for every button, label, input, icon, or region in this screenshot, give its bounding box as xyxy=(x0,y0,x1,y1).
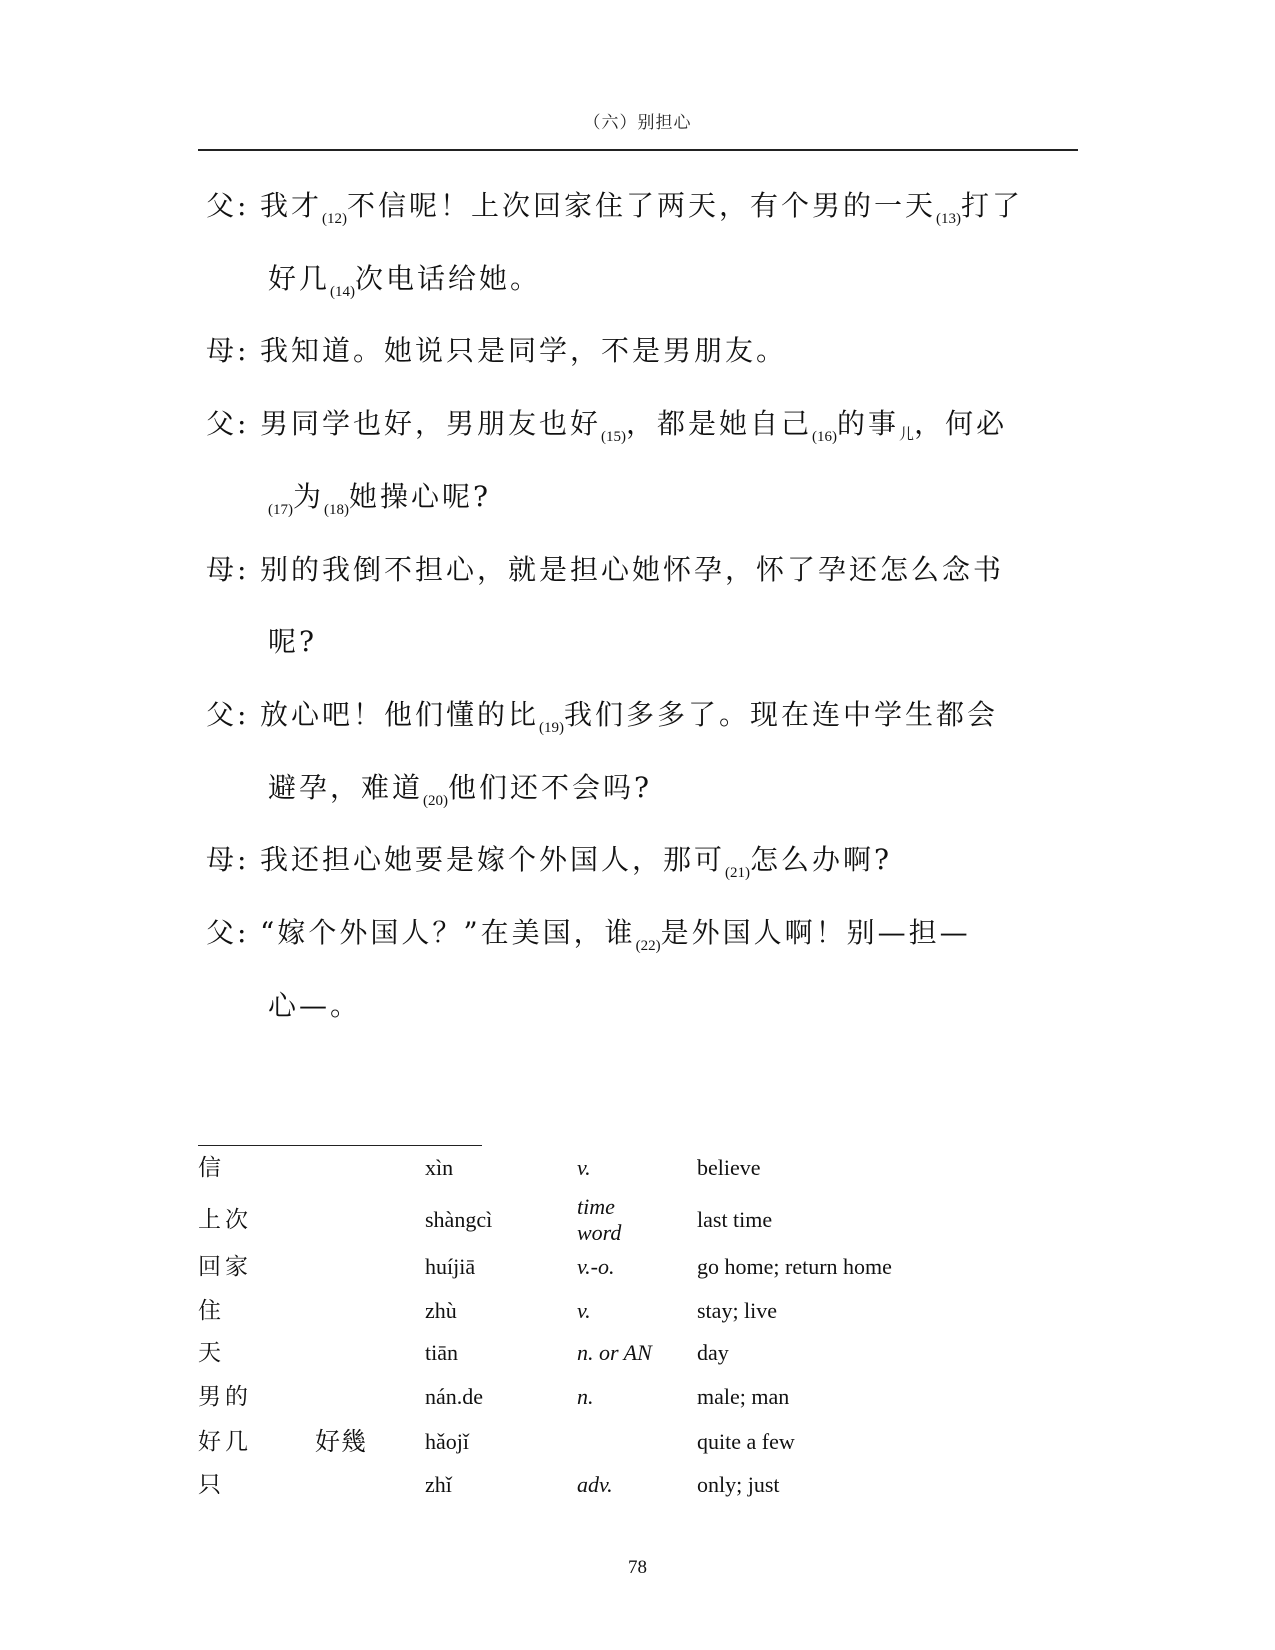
speaker-label: 母: xyxy=(206,331,260,371)
vocab-simplified: 信 xyxy=(198,1148,225,1188)
vocab-definition: last time xyxy=(697,1200,772,1240)
vocab-definition: day xyxy=(697,1333,729,1373)
speaker-label: 父: xyxy=(206,186,260,226)
note-marker: (20) xyxy=(423,793,448,809)
vocab-simplified: 只 xyxy=(198,1465,225,1505)
vocab-pinyin: xìn xyxy=(425,1148,453,1188)
speaker-label: 母: xyxy=(206,840,260,880)
dialogue-text-segment: 是外国人啊！别—担— xyxy=(661,916,971,949)
erhua-subscript: 儿 xyxy=(899,425,914,443)
dialogue-text-segment: 好几 xyxy=(268,262,330,295)
dialogue-text-segment: 放心吧！他们懂的比 xyxy=(260,698,539,731)
note-marker: (17) xyxy=(268,502,293,518)
vocab-pinyin: zhǐ xyxy=(425,1465,452,1505)
speaker-label: 父: xyxy=(206,695,260,735)
note-marker: (18) xyxy=(324,502,349,518)
vocab-definition: only; just xyxy=(697,1465,780,1505)
dialogue-line-continuation: 避孕，难道(20)他们还不会吗? xyxy=(268,768,652,808)
dialogue-line: 母:我还担心她要是嫁个外国人，那可(21)怎么办啊? xyxy=(206,840,892,880)
vocab-row: 天 tiān n. or AN day xyxy=(198,1333,1098,1373)
dialogue-line: 母:我知道。她说只是同学，不是男朋友。 xyxy=(206,331,787,371)
dialogue-text-segment: 我才 xyxy=(260,189,322,222)
vocab-part-of-speech: v.-o. xyxy=(577,1247,614,1287)
note-marker: (19) xyxy=(539,720,564,736)
pos-line-1: time xyxy=(577,1194,615,1219)
dialogue-text-segment: 他们还不会吗? xyxy=(448,771,652,804)
dialogue-line-continuation: 呢? xyxy=(268,622,317,662)
note-marker: (15) xyxy=(601,429,626,445)
dialogue-line-continuation: (17)为(18)她操心呢? xyxy=(268,477,491,517)
dialogue-text-segment: 不信呢！上次回家住了两天，有个男的一天 xyxy=(347,189,936,222)
dialogue-text-segment: 别的我倒不担心，就是担心她怀孕，怀了孕还怎么念书 xyxy=(260,553,1004,586)
dialogue-line: 父:放心吧！他们懂的比(19)我们多多了。现在连中学生都会 xyxy=(206,695,998,735)
dialogue-line: 母:别的我倒不担心，就是担心她怀孕，怀了孕还怎么念书 xyxy=(206,550,1004,590)
vocab-definition: quite a few xyxy=(697,1422,795,1462)
vocab-traditional: 好幾 xyxy=(315,1422,367,1462)
vocab-pinyin: nán.de xyxy=(425,1377,483,1417)
footnote-rule xyxy=(198,1145,482,1146)
vocab-row: 好几 好幾 hǎojǐ quite a few xyxy=(198,1422,1098,1462)
vocab-row: 信 xìn v. believe xyxy=(198,1148,1098,1188)
note-marker: (12) xyxy=(322,211,347,227)
dialogue-line: 父:男同学也好，男朋友也好(15)，都是她自己(16)的事儿，何必 xyxy=(206,404,1007,444)
header-rule xyxy=(198,149,1078,151)
vocab-row: 男的 nán.de n. male; man xyxy=(198,1377,1098,1417)
vocab-part-of-speech: n. or AN xyxy=(577,1333,652,1373)
vocab-definition: believe xyxy=(697,1148,761,1188)
dialogue-line: 父:“嫁个外国人？”在美国，谁(22)是外国人啊！别—担— xyxy=(206,913,971,953)
vocab-definition: go home; return home xyxy=(697,1247,892,1287)
vocab-definition: male; man xyxy=(697,1377,789,1417)
dialogue-text-segment: 她操心呢? xyxy=(349,480,491,513)
dialogue-text-segment: 我还担心她要是嫁个外国人，那可 xyxy=(260,843,725,876)
dialogue-text-segment: ，都是她自己 xyxy=(626,407,812,440)
dialogue-line-continuation: 心—。 xyxy=(268,986,361,1026)
pos-line-2: word xyxy=(577,1220,621,1245)
vocab-simplified: 上次 xyxy=(198,1200,252,1240)
dialogue-text-segment: 打了 xyxy=(961,189,1023,222)
dialogue-line: 父:我才(12)不信呢！上次回家住了两天，有个男的一天(13)打了 xyxy=(206,186,1023,226)
vocab-row: 回家 huíjiā v.-o. go home; return home xyxy=(198,1247,1098,1287)
vocab-row: 只 zhǐ adv. only; just xyxy=(198,1465,1098,1505)
dialogue-text-segment: 的事 xyxy=(837,407,899,440)
vocab-simplified: 好几 xyxy=(198,1422,252,1462)
dialogue-text-segment: 避孕，难道 xyxy=(268,771,423,804)
vocab-definition: stay; live xyxy=(697,1291,777,1331)
vocab-pinyin: hǎojǐ xyxy=(425,1422,469,1462)
dialogue-text-segment: 呢? xyxy=(268,625,317,658)
vocab-part-of-speech: v. xyxy=(577,1148,591,1188)
vocab-simplified: 回家 xyxy=(198,1247,252,1287)
note-marker: (14) xyxy=(330,284,355,300)
dialogue-text-segment: 我们多多了。现在连中学生都会 xyxy=(564,698,998,731)
page-number: 78 xyxy=(0,1557,1275,1579)
vocab-simplified: 天 xyxy=(198,1333,225,1373)
vocab-pinyin: huíjiā xyxy=(425,1247,475,1287)
note-marker: (21) xyxy=(725,865,750,881)
vocab-part-of-speech: n. xyxy=(577,1377,594,1417)
vocab-part-of-speech: v. xyxy=(577,1291,591,1331)
speaker-label: 父: xyxy=(206,913,260,953)
dialogue-line-continuation: 好几(14)次电话给她。 xyxy=(268,259,541,299)
dialogue-text-segment: 为 xyxy=(293,480,324,513)
dialogue-text-segment: 次电话给她。 xyxy=(355,262,541,295)
vocab-row: 住 zhù v. stay; live xyxy=(198,1291,1098,1331)
running-head-title: （六）别担心 xyxy=(0,108,1275,133)
vocab-pinyin: tiān xyxy=(425,1333,458,1373)
vocab-part-of-speech: timeword xyxy=(577,1194,621,1246)
note-marker: (22) xyxy=(636,938,661,954)
vocab-pinyin: zhù xyxy=(425,1291,457,1331)
dialogue-text-segment: ，何必 xyxy=(914,407,1007,440)
dialogue-text-segment: “嫁个外国人？”在美国，谁 xyxy=(260,916,636,949)
dialogue-text-segment: 我知道。她说只是同学，不是男朋友。 xyxy=(260,334,787,367)
note-marker: (16) xyxy=(812,429,837,445)
speaker-label: 父: xyxy=(206,404,260,444)
dialogue-text-segment: 怎么办啊? xyxy=(750,843,892,876)
vocab-part-of-speech: adv. xyxy=(577,1465,613,1505)
dialogue-text-segment: 男同学也好，男朋友也好 xyxy=(260,407,601,440)
note-marker: (13) xyxy=(936,211,961,227)
vocab-simplified: 男的 xyxy=(198,1377,252,1417)
vocab-row: 上次 shàngcì timeword last time xyxy=(198,1200,1098,1240)
vocab-pinyin: shàngcì xyxy=(425,1200,492,1240)
dialogue-text-segment: 心—。 xyxy=(268,989,361,1022)
speaker-label: 母: xyxy=(206,550,260,590)
vocab-simplified: 住 xyxy=(198,1291,225,1331)
